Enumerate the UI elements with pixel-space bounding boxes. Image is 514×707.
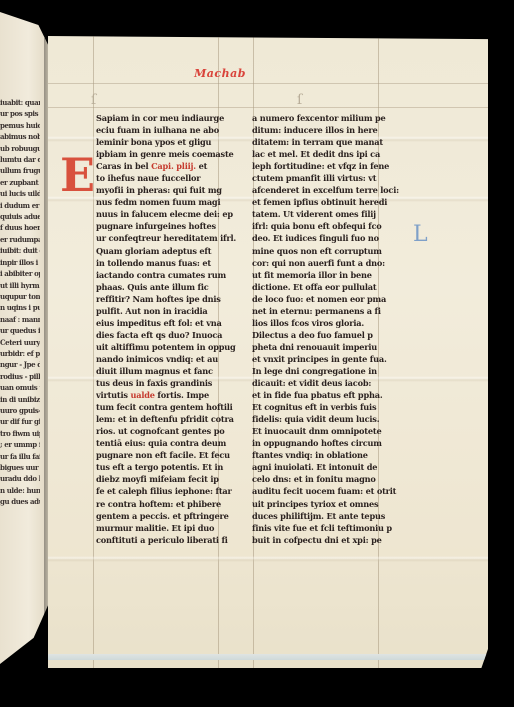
text-line: ur dif fur gi (0, 416, 40, 427)
text-line: et vnxit principes in gente fua. (252, 353, 416, 365)
text-line: lac et mel. Et dedit dns ipi ca (252, 148, 416, 160)
text-line: tus eft a tergo potentis. Et in (96, 461, 260, 473)
ruling-line (93, 36, 94, 668)
text-line: ui lucis uildu (0, 188, 40, 199)
text-line: f duus hoers u (0, 222, 40, 233)
text-line: Et cognitus eft in verbis fuis (252, 401, 416, 413)
page-bottom-edge (48, 654, 488, 660)
text-line: pulfit. Aut non in iracidia (96, 305, 260, 317)
text-line: cor: qui non auerfi funt a dno: (252, 257, 416, 269)
text-line: finis vite fue et fcli teftimoniu p (252, 522, 416, 534)
text-line: re contra hoftem: et phibere (96, 498, 260, 510)
blue-marginal-mark: L (413, 222, 428, 247)
text-line: pugnare non eft facile. Et fecu (96, 449, 260, 461)
text-line: buit in cofpectu dni et xpi: pe (252, 534, 416, 546)
text-line: dictione. Et offa eor pullulat (252, 281, 416, 293)
text-line: gentem a peccis. et pftringere (96, 510, 260, 522)
text-line: phaas. Quis ante illum fic (96, 281, 260, 293)
text-line: et femen ipfius obtinuit heredi (252, 196, 416, 208)
text-column-left: Sapiam in cor meu indiaurgeeciu fuam in … (96, 112, 260, 546)
text-line: myofii in pheras: qui fuit mg (96, 184, 260, 196)
text-line: iactando contra cumates rum (96, 269, 260, 281)
text-line: ur fa illu fai (0, 451, 40, 462)
ruling-line (48, 83, 488, 84)
text-line: i dudum er du (0, 200, 40, 211)
ascender-flourish: ſ (91, 92, 96, 108)
text-line: pemus huic p (0, 120, 40, 131)
rubric-text: ualde (130, 390, 154, 400)
text-line: ngur - Jpe dil (0, 359, 40, 370)
text-line: ipbiam in genre meis coemaste (96, 148, 260, 160)
text-line: ditum: inducere illos in here (252, 124, 416, 136)
text-line: fidelis: quia vidit deum lucis. (252, 413, 416, 425)
text-line: uit altiffimu potentem in oppug (96, 341, 260, 353)
text-line: ur quedus i (0, 325, 40, 336)
text-line: ur pos spis fu (0, 108, 40, 119)
text-line: deo. Et iudices finguli fuo no (252, 232, 416, 244)
text-line: lios illos fcos viros gloria. (252, 317, 416, 329)
text-line: in di unibiz (0, 394, 40, 405)
text-line: ut illi hyrm (0, 280, 40, 291)
text-line: tatem. Ut viderent omes filij (252, 208, 416, 220)
text-line: pheta dni renouauit imperiu (252, 341, 416, 353)
text-line: er zupbant uro (0, 177, 40, 188)
text-line: diuit illum magnus et fanc (96, 365, 260, 377)
text-line: eius impeditus eft fol: et vna (96, 317, 260, 329)
ascender-flourish: ſ (297, 92, 302, 108)
text-line: ; er ummp fig (0, 439, 40, 450)
text-line: duces philiftijm. Et ante tepus (252, 510, 416, 522)
text-line: diebz moyfi mifeiam fecit ip (96, 473, 260, 485)
text-line: tus deus in faxis grandinis (96, 377, 260, 389)
text-line: Et inuocauit dnm omnipotete (252, 425, 416, 437)
text-line: net in eternu: permanens a fi (252, 305, 416, 317)
text-line: mine quos non eft corruptum (252, 245, 416, 257)
text-line: reffitir? Nam hoftes ipe dnis (96, 293, 260, 305)
text-line: ullum frugun (0, 165, 40, 176)
text-line: tro fiwm uip (0, 428, 40, 439)
text-line: dicauit: et vidit deus iacob: (252, 377, 416, 389)
text-line: uuro gpuis- ft (0, 405, 40, 416)
text-line: de loco fuo: et nomen eor pma (252, 293, 416, 305)
text-line: auditu fecit uocem fuam: et otrit (252, 485, 416, 497)
text-line: lumtu dar dif (0, 154, 40, 165)
text-line: tum fecit contra gentem hoftili (96, 401, 260, 413)
text-line: eciu fuam in iulhana ne abo (96, 124, 260, 136)
text-line: ftantes vndiq: in oblatione (252, 449, 416, 461)
text-line: Caras in bel Capi. pliij. et (96, 160, 260, 172)
text-line: et in fide fua pbatus eft ppha. (252, 389, 416, 401)
text-line: ur confeqtreur hereditatem ifrl. (96, 232, 260, 244)
text-line: dies facta eft qs duo? Inuoca (96, 329, 260, 341)
text-line: ut fit memoria illor in bene (252, 269, 416, 281)
text-line: urbidr: ef pur (0, 348, 40, 359)
text-line: leph fortitudine: et vfqz in fene (252, 160, 416, 172)
text-line: uradu ddo hy (0, 473, 40, 484)
text-line: in tollendo manus fuas: et (96, 257, 260, 269)
text-line: to ihefus naue fuccellor (96, 172, 260, 184)
text-line: virtutis ualde fortis. Impe (96, 389, 260, 401)
text-line: ditatem: in terram que manat (252, 136, 416, 148)
text-line: fe et caleph filius iephone: ftar (96, 485, 260, 497)
text-line: n ulde: hun (0, 485, 40, 496)
text-line: Sapiam in cor meu indiaurge (96, 112, 260, 124)
text-line: bigues uur (0, 462, 40, 473)
text-line: uan omuis u (0, 382, 40, 393)
text-line: agni inuiolati. Et intonuit de (252, 461, 416, 473)
text-line: In lege dni congregatione in (252, 365, 416, 377)
running-head: Machab (194, 67, 246, 80)
text-line: uit principes tyriox et omnes (252, 498, 416, 510)
text-line: nus fedm nomen fuum magi (96, 196, 260, 208)
text-line: nuus in falucem elecme dei: ep (96, 208, 260, 220)
text-line: rios. ut cognofcant gentes po (96, 425, 260, 437)
text-line: murmur malitie. Et ipi duo (96, 522, 260, 534)
text-line: uqupur ton lu (0, 291, 40, 302)
text-line: nando inimicos vndiq: et au (96, 353, 260, 365)
page-crease (48, 556, 488, 562)
text-line: celo dns: et in fonitu magno (252, 473, 416, 485)
text-line: inpir illos i (0, 257, 40, 268)
text-line: Quam gloriam adeptus eft (96, 245, 260, 257)
text-line: ifrl: quia bonu eft obfequi fco (252, 220, 416, 232)
text-line: conftituti a periculo liberati fi (96, 534, 260, 546)
rubric-text: Capi. pliij. (151, 161, 196, 171)
text-column-right: a numero fexcentor milium peditum: induc… (252, 112, 416, 546)
text-line: lem: et in deftenfu pfridit cotra (96, 413, 260, 425)
text-line: abimus nob (0, 131, 40, 142)
text-line: er rudumpa fur (0, 234, 40, 245)
text-line: ub robuugu (0, 143, 40, 154)
text-line: afcenderet in excelfum terre loci: (252, 184, 416, 196)
text-line: i abibiter op (0, 268, 40, 279)
text-line: Ceteri uury (0, 337, 40, 348)
ruling-line (48, 107, 488, 108)
text-line: naaf : mannil (0, 314, 40, 325)
text-line: tentiā eius: quia contra deum (96, 437, 260, 449)
text-line: iuibit: duit du (0, 245, 40, 256)
text-line: Dilectus a deo fuo famuel p (252, 329, 416, 341)
text-line: quiuis aduer u (0, 211, 40, 222)
text-line: rodius - pill (0, 371, 40, 382)
left-page-text: iuabit: quarur pos spis fupemus huic pab… (0, 97, 40, 508)
rubricated-initial: E (60, 152, 95, 198)
text-line: n uqins i pur (0, 302, 40, 313)
text-line: pugnare infurgeines hoftes (96, 220, 260, 232)
facing-left-page: iuabit: quarur pos spis fupemus huic pab… (0, 12, 48, 664)
text-line: in oppugnando hoftes circum (252, 437, 416, 449)
text-line: leminir bona ypos et gligu (96, 136, 260, 148)
text-line: a numero fexcentor milium pe (252, 112, 416, 124)
text-line: iuabit: quar (0, 97, 40, 108)
text-line: gu dues adun (0, 496, 40, 507)
text-line: ctutem pmanfit illi virtus: vt (252, 172, 416, 184)
